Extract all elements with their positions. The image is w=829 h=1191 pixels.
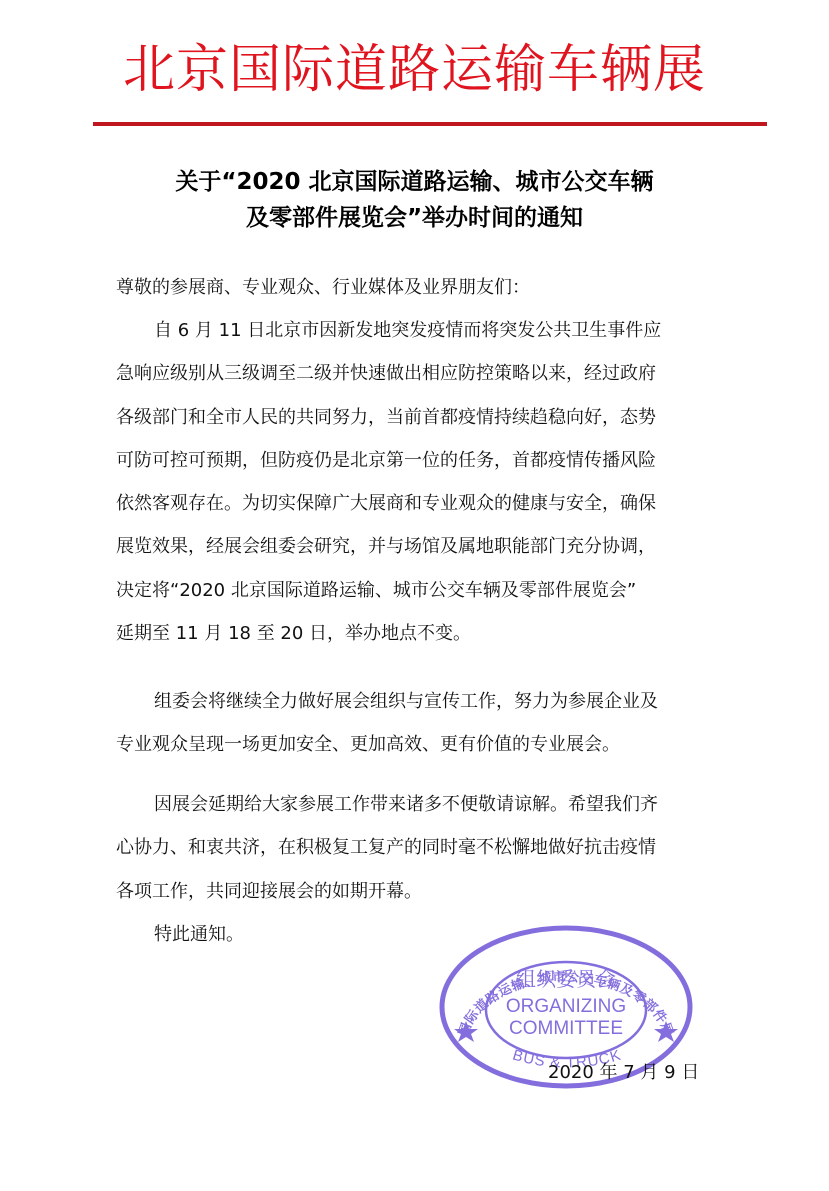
salutation: 尊敬的参展商、专业观众、行业媒体及业界朋友们： [116,266,736,309]
paragraph-line: 各级部门和全市人民的共同努力，当前首都疫情持续趋稳向好，态势 [116,396,736,439]
paragraph-1: 自 6 月 11 日北京市因新发地突发疫情而将突发公共卫生事件应 急响应级别从三… [116,309,736,655]
masthead-divider [93,122,767,126]
seal-center-en-1: ORGANIZING [506,996,626,1017]
paragraph-line: 心协力、和衷共济，在积极复工复产的同时毫不松懈地做好抗击疫情 [116,826,736,869]
paragraph-line: 自 6 月 11 日北京市因新发地突发疫情而将突发公共卫生事件应 [116,309,736,352]
notice-title-line-2: 及零部件展览会”举办时间的通知 [0,200,829,236]
seal-center-cn: 组织委员会 [516,967,616,991]
salutation-text: 尊敬的参展商、专业观众、行业媒体及业界朋友们： [116,266,736,309]
paragraph-line: 展览效果，经展会组委会研究，并与场馆及属地职能部门充分协调， [116,525,736,568]
paragraph-3: 因展会延期给大家参展工作带来诸多不便敬请谅解。希望我们齐 心协力、和衷共济，在积… [116,783,736,913]
paragraph-line: 依然客观存在。为切实保障广大展商和专业观众的健康与安全，确保 [116,482,736,525]
paragraph-2: 组委会将继续全力做好展会组织与宣传工作，努力为参展企业及 专业观众呈现一场更加安… [116,680,736,767]
paragraph-line: 急响应级别从三级调至二级并快速做出相应防控策略以来，经过政府 [116,352,736,395]
paragraph-line: 延期至 11 月 18 至 20 日，举办地点不变。 [116,612,736,655]
notice-document: 北京国际道路运输车辆展 关于“2020 北京国际道路运输、城市公交车辆 及零部件… [0,0,829,1191]
paragraph-line: 决定将“2020 北京国际道路运输、城市公交车辆及零部件展览会” [116,569,736,612]
paragraph-line: 专业观众呈现一场更加安全、更加高效、更有价值的专业展会。 [116,723,736,766]
paragraph-line: 组委会将继续全力做好展会组织与宣传工作，努力为参展企业及 [116,680,736,723]
paragraph-line: 因展会延期给大家参展工作带来诸多不便敬请谅解。希望我们齐 [116,783,736,826]
issue-date: 2020 年 7 月 9 日 [548,1060,699,1086]
seal-center-en-2: COMMITTEE [509,1018,623,1039]
paragraph-line: 可防可控可预期，但防疫仍是北京第一位的任务，首都疫情传播风险 [116,439,736,482]
masthead-title: 北京国际道路运输车辆展 [0,38,829,102]
notice-title-line-1: 关于“2020 北京国际道路运输、城市公交车辆 [0,164,829,200]
paragraph-line: 各项工作，共同迎接展会的如期开幕。 [116,870,736,913]
